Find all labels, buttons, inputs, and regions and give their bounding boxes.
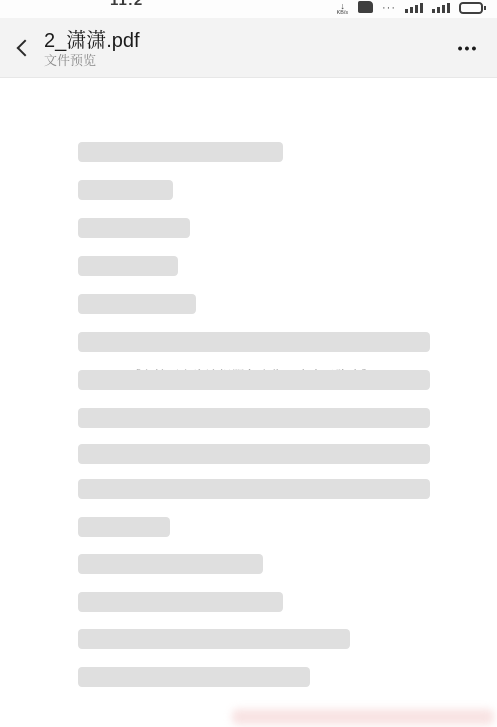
back-button[interactable] bbox=[0, 18, 44, 77]
redacted-text-line bbox=[78, 517, 170, 537]
status-icons: ↓ KB/s ··· bbox=[336, 0, 483, 16]
title-block: 2_潇潇.pdf 文件预览 bbox=[44, 27, 439, 69]
watermark-smudge bbox=[232, 709, 494, 725]
more-options-icon: ••• bbox=[458, 40, 479, 56]
redacted-text-line bbox=[78, 444, 430, 464]
document-subtitle: 文件预览 bbox=[44, 53, 439, 69]
redacted-text-line bbox=[78, 667, 310, 687]
redacted-text-line bbox=[78, 294, 196, 314]
redacted-text-line bbox=[78, 180, 173, 200]
redacted-text-line bbox=[78, 554, 263, 574]
chevron-left-icon bbox=[17, 39, 34, 56]
signal-bars-icon bbox=[405, 3, 423, 13]
status-time: 11:2 bbox=[110, 0, 143, 9]
signal-dots-icon: ··· bbox=[382, 2, 396, 14]
signal-bars-icon-2 bbox=[432, 3, 450, 13]
sim-card-icon bbox=[358, 1, 373, 13]
more-options-button[interactable]: ••• bbox=[439, 18, 497, 77]
redacted-text-line bbox=[78, 479, 430, 499]
status-bar: 11:2 ↓ KB/s ··· bbox=[0, 0, 497, 18]
redacted-text-line bbox=[78, 142, 283, 162]
phone-screen: 11:2 ↓ KB/s ··· 2_潇潇.pdf 文件预览 ••• ［文档正文为… bbox=[0, 0, 497, 727]
redacted-text-line bbox=[78, 332, 430, 352]
redacted-text-line bbox=[78, 592, 283, 612]
network-speed-icon: ↓ KB/s bbox=[336, 3, 349, 16]
redacted-text-line bbox=[78, 218, 190, 238]
pdf-page[interactable]: ［文档正文为违规服务广告，内容已隐去］ bbox=[0, 79, 497, 727]
battery-icon bbox=[459, 2, 483, 14]
redacted-text-line bbox=[78, 408, 430, 428]
redacted-text-line bbox=[78, 370, 430, 390]
document-title: 2_潇潇.pdf bbox=[44, 29, 439, 53]
redacted-text-line bbox=[78, 629, 350, 649]
redacted-text-line bbox=[78, 256, 178, 276]
file-preview-header: 2_潇潇.pdf 文件预览 ••• bbox=[0, 18, 497, 78]
